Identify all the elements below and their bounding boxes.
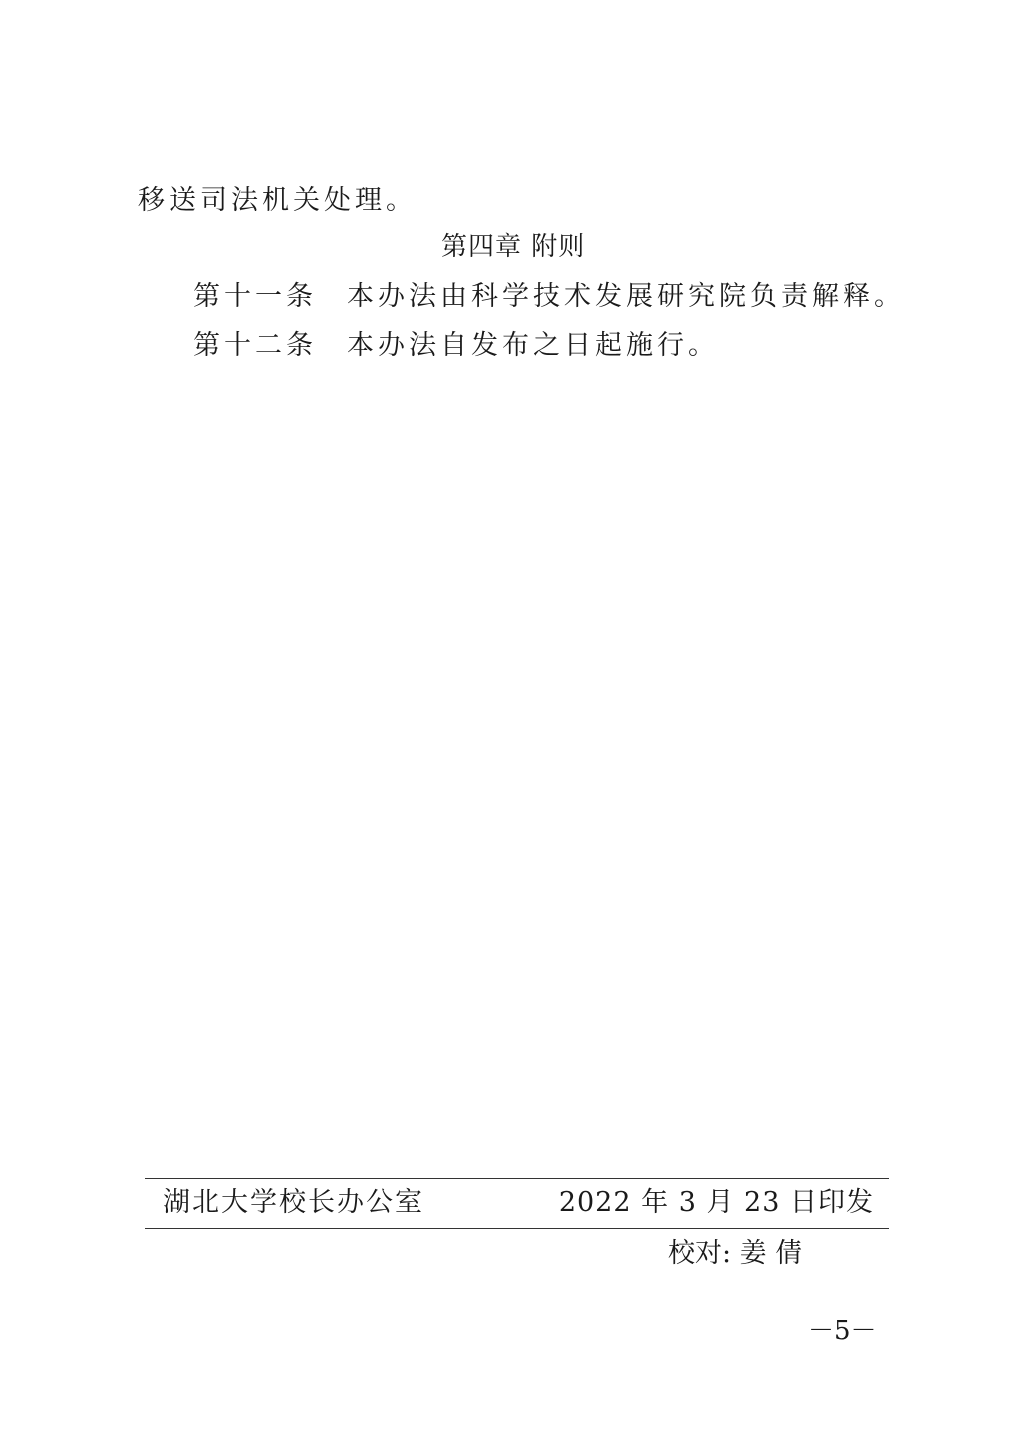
proofreader: 校对: 姜 倩 xyxy=(668,1237,802,1271)
issue-date: 2022 年 3 月 23 日印发 xyxy=(559,1186,874,1220)
issuer-name: 湖北大学校长办公室 xyxy=(163,1186,424,1220)
footer-bottom-rule xyxy=(145,1228,889,1229)
article-12: 第十二条本办法自发布之日起施行。 xyxy=(193,329,719,363)
page-number: －5－ xyxy=(808,1314,877,1348)
article-11-text: 本办法由科学技术发展研究院负责解释。 xyxy=(347,281,905,312)
chapter-heading: 第四章 附则 xyxy=(441,230,585,264)
article-12-text: 本办法自发布之日起施行。 xyxy=(347,330,719,361)
article-12-number: 第十二条 xyxy=(193,330,317,361)
footer-top-rule xyxy=(145,1178,889,1179)
continuation-text: 移送司法机关处理。 xyxy=(138,184,417,218)
article-11-number: 第十一条 xyxy=(193,281,317,312)
article-11: 第十一条本办法由科学技术发展研究院负责解释。 xyxy=(193,280,905,314)
